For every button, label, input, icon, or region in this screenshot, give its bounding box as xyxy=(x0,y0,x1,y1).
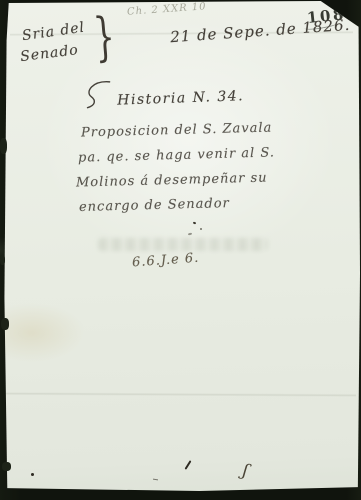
title-text: Historia N. 34. xyxy=(117,88,244,108)
date-line: 21 de Sepe. de 1826. xyxy=(170,16,351,47)
paper-crease xyxy=(3,392,356,397)
rubric-initials: 6.6.J.e 6. xyxy=(132,251,200,271)
scan-edge-blob xyxy=(2,462,11,471)
ink-stroke-mark: ʃ xyxy=(241,461,250,482)
faint-watermark xyxy=(98,238,268,251)
ink-speck xyxy=(31,473,34,476)
scan-edge-blob xyxy=(1,318,9,330)
ink-speck xyxy=(188,233,192,236)
body-line: pa. qe. se haga venir al S. xyxy=(78,145,275,165)
pencil-annotation: Ch. 2 XXR 10 xyxy=(127,1,207,18)
body-line: Proposicion del S. Zavala xyxy=(81,120,273,140)
ink-speck xyxy=(185,460,192,470)
office-heading: Sria del Senado } xyxy=(20,6,124,76)
office-brace: } xyxy=(92,7,117,68)
office-heading-lines: Sria del Senado xyxy=(21,19,88,67)
flourish-mark xyxy=(83,79,114,110)
title-line: Historia N. 34. xyxy=(83,74,245,110)
ink-speck xyxy=(200,228,202,230)
body-line: Molinos á desempeñar su xyxy=(76,170,268,190)
ink-speck xyxy=(153,479,158,481)
body-line: encargo de Senador xyxy=(79,196,230,215)
scan-edge-blob xyxy=(0,138,7,154)
paper: Sria del Senado } Ch. 2 XXR 10 108 21 de… xyxy=(3,1,360,496)
scan-edge-blob xyxy=(0,255,5,265)
document-scan: Sria del Senado } Ch. 2 XXR 10 108 21 de… xyxy=(0,0,361,500)
ink-speck xyxy=(193,222,197,225)
